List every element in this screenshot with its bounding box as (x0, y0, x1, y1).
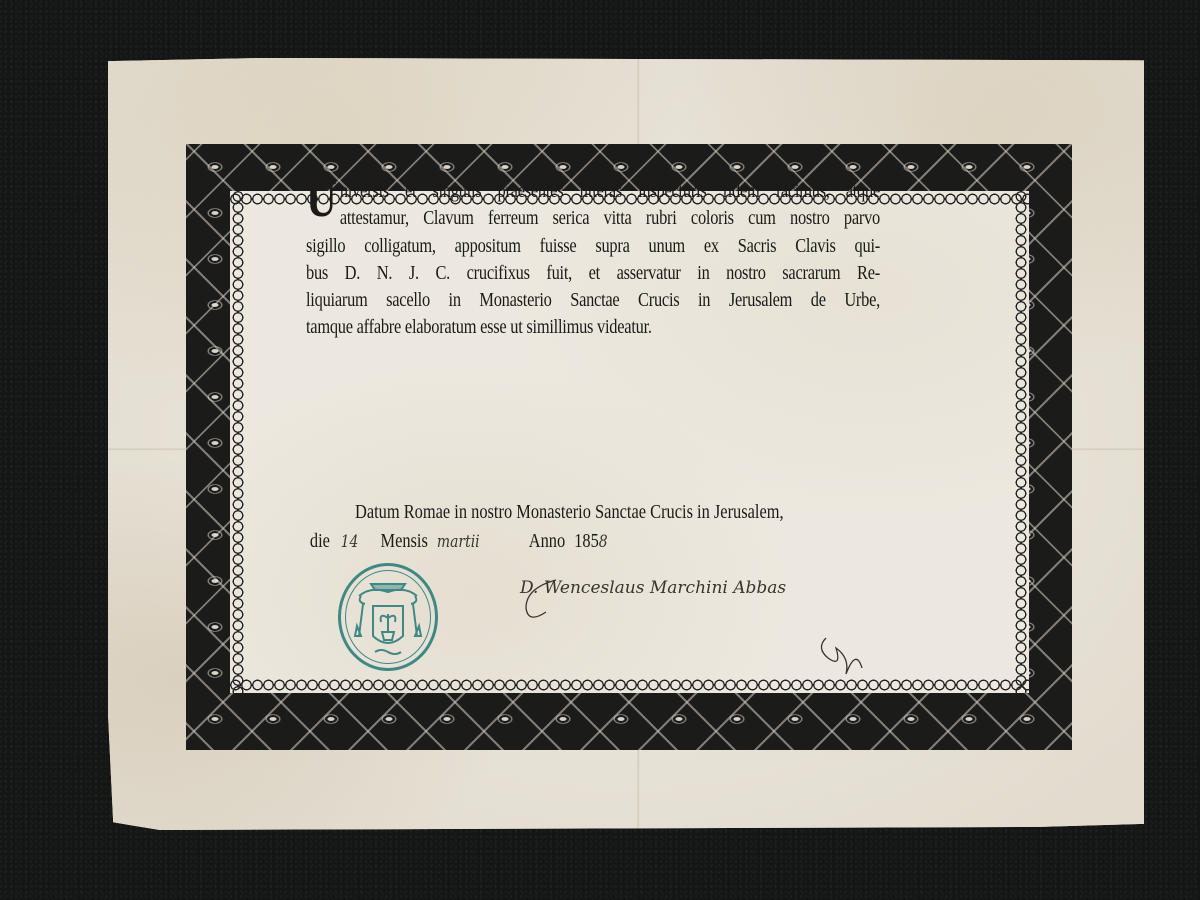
text-line: attestamur, Clavum ferreum serica vitta … (306, 205, 880, 232)
mensis-label: Mensis (380, 530, 427, 552)
coat-of-arms-icon (341, 566, 435, 668)
certificate-paper: U niversis et singulis praesentes litter… (108, 58, 1144, 830)
text-line: tamque affabre elaboratum esse ut simill… (306, 314, 880, 341)
text-line: liquiarum sacello in Monasterio Sanctae … (306, 287, 880, 314)
loop-trim-right (1013, 191, 1029, 693)
attestation-text: U niversis et singulis praesentes litter… (306, 178, 880, 342)
abbot-signature: D. Wenceslaus Marchini Abbas (520, 578, 786, 598)
text-line: niversis et singulis praesentes litteras… (306, 178, 880, 205)
drop-cap: U (306, 180, 337, 220)
anno-printed: 185 (574, 530, 599, 552)
anno-handwritten: 8 (599, 532, 608, 552)
die-label: die (310, 530, 330, 552)
die-value: 14 (341, 532, 359, 552)
dating-clause: Datum Romae in nostro Monasterio Sanctae… (355, 498, 784, 557)
text-line: sigillo colligatum, appositum fuisse sup… (306, 233, 880, 260)
abbot-seal (338, 563, 438, 671)
mensis-value: martii (437, 532, 480, 552)
anno-label: Anno (529, 530, 565, 552)
loop-trim-left (230, 191, 246, 693)
dating-line: Datum Romae in nostro Monasterio Sanctae… (355, 498, 784, 527)
date-line: die 14 Mensis martii Anno 1858 (310, 527, 784, 557)
text-line: bus D. N. J. C. crucifixus fuit, et asse… (306, 260, 880, 287)
